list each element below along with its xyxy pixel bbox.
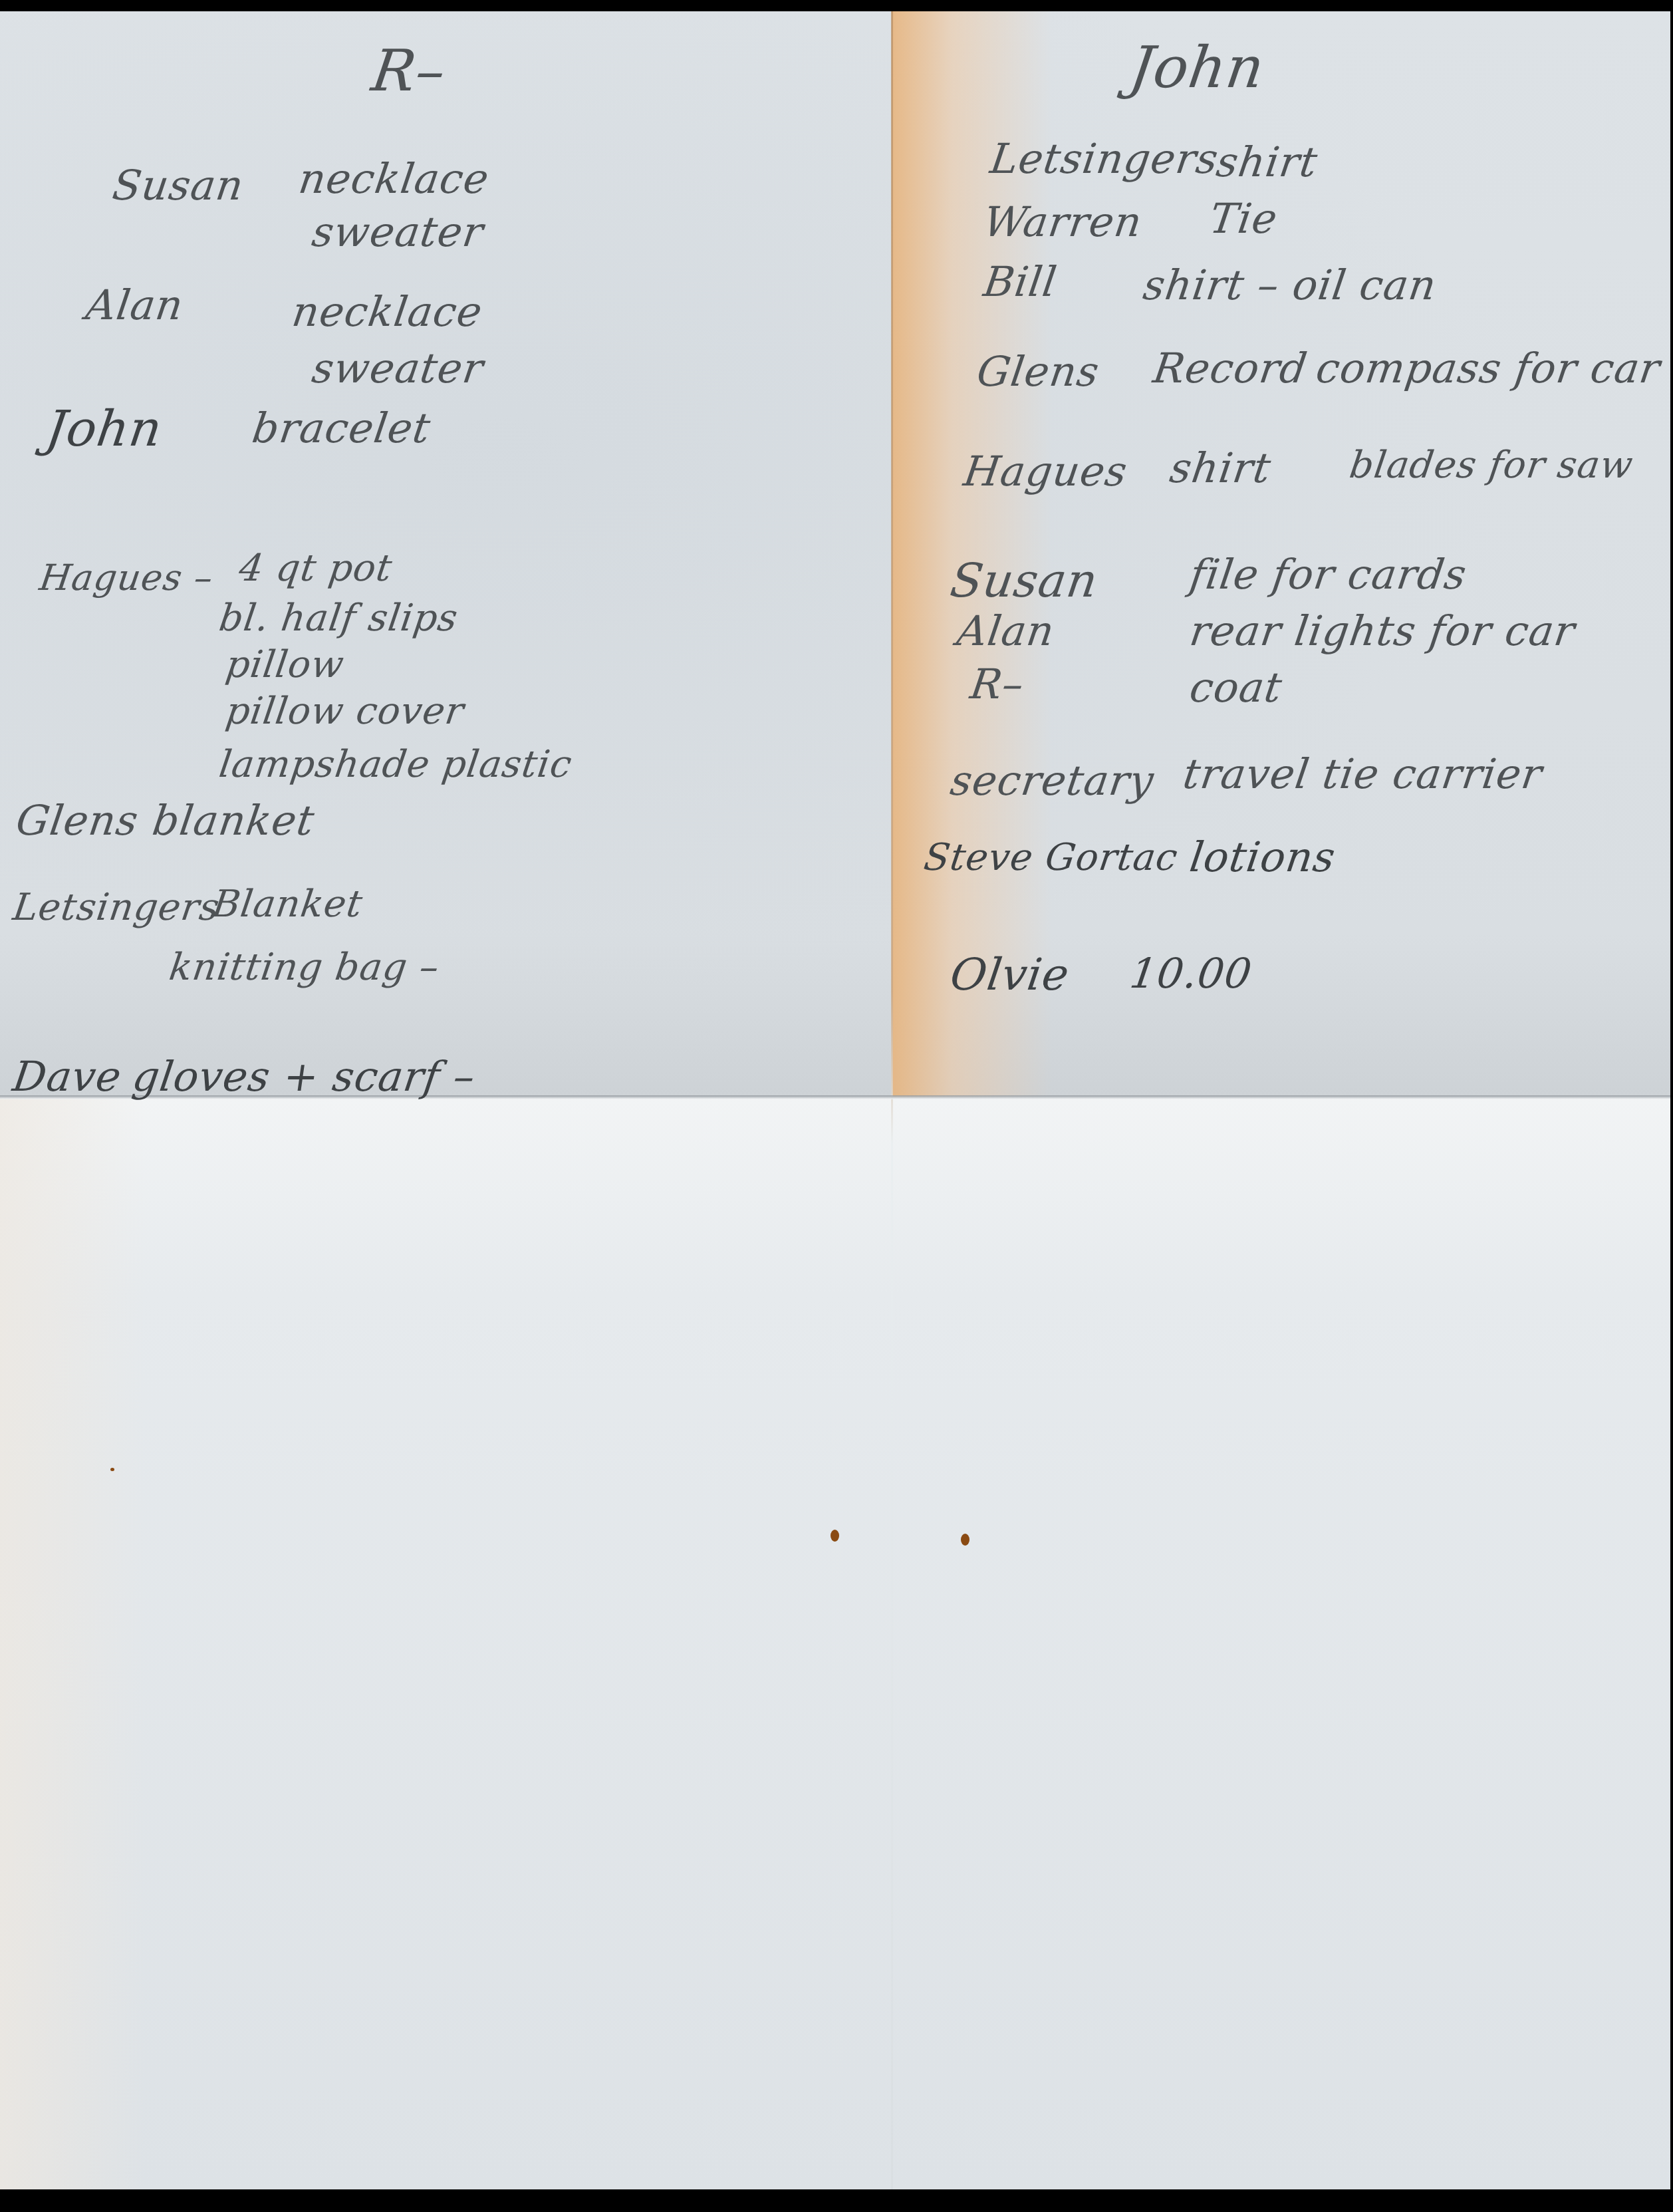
entry-name: Warren <box>981 198 1145 246</box>
entry-item: file for cards <box>1187 550 1470 599</box>
entry-item: Record <box>1150 344 1311 392</box>
entry-item: Blanket <box>209 883 365 926</box>
entry-item: travel tie carrier <box>1180 750 1545 798</box>
entry-name: Hagues – <box>37 557 216 599</box>
entry-item: necklace <box>296 154 492 203</box>
entry-item: lampshade plastic <box>216 743 575 786</box>
rust-spot <box>110 1468 114 1471</box>
entry-name: Dave <box>10 1052 125 1101</box>
entry-name: Alan <box>83 281 187 329</box>
entry-item: knitting bag – <box>166 946 442 989</box>
entry-item: gloves + scarf – <box>130 1052 479 1101</box>
entry-item: bl. half slips <box>216 597 461 640</box>
entry-name: Letsingers <box>987 134 1222 183</box>
entry-item: rear lights for car <box>1187 607 1579 655</box>
rust-spot <box>831 1530 839 1542</box>
entry-name: Glens <box>974 347 1102 396</box>
entry-name: Alan <box>954 607 1058 655</box>
entry-name: Steve Gortac <box>921 836 1180 879</box>
rust-spot <box>961 1534 969 1546</box>
entry-name: Susan <box>947 553 1101 608</box>
vertical-fold-line <box>891 11 893 2189</box>
entry-item: blades for saw <box>1347 444 1636 487</box>
entry-item: shirt <box>1167 444 1274 492</box>
entry-item: coat <box>1187 663 1285 712</box>
entry-item: compass for car <box>1313 344 1664 392</box>
entry-name: Hagues <box>961 447 1130 495</box>
entry-name: Bill <box>981 257 1060 306</box>
entry-item: lotions <box>1187 833 1339 881</box>
entry-name: secretary <box>948 756 1157 805</box>
entry-item: shirt <box>1214 138 1321 186</box>
entry-item: blanket <box>150 796 318 845</box>
entry-name: John <box>43 400 166 458</box>
entry-item: pillow cover <box>223 690 467 733</box>
entry-item: bracelet <box>249 404 434 452</box>
lower-half <box>0 1097 1670 2189</box>
entry-item: sweater <box>309 207 487 256</box>
entry-name: Olvie <box>948 949 1073 1000</box>
entry-item: pillow <box>223 643 346 686</box>
entry-item: necklace <box>289 287 485 336</box>
entry-name: Letsingers <box>10 886 222 929</box>
left-column-header: R– <box>368 38 450 104</box>
right-column-header: John <box>1126 35 1269 101</box>
entry-item: sweater <box>309 344 487 392</box>
entry-item: Tie <box>1207 194 1281 243</box>
entry-name: Glens <box>13 796 142 845</box>
entry-item: 4 qt pot <box>236 547 395 590</box>
entry-item: 10.00 <box>1127 949 1255 998</box>
folded-paper-sheet: R– Susan necklace sweater Alan necklace … <box>0 11 1670 2189</box>
entry-item: shirt – oil can <box>1140 261 1440 309</box>
entry-name: Susan <box>110 161 247 209</box>
entry-name: R– <box>967 660 1027 708</box>
